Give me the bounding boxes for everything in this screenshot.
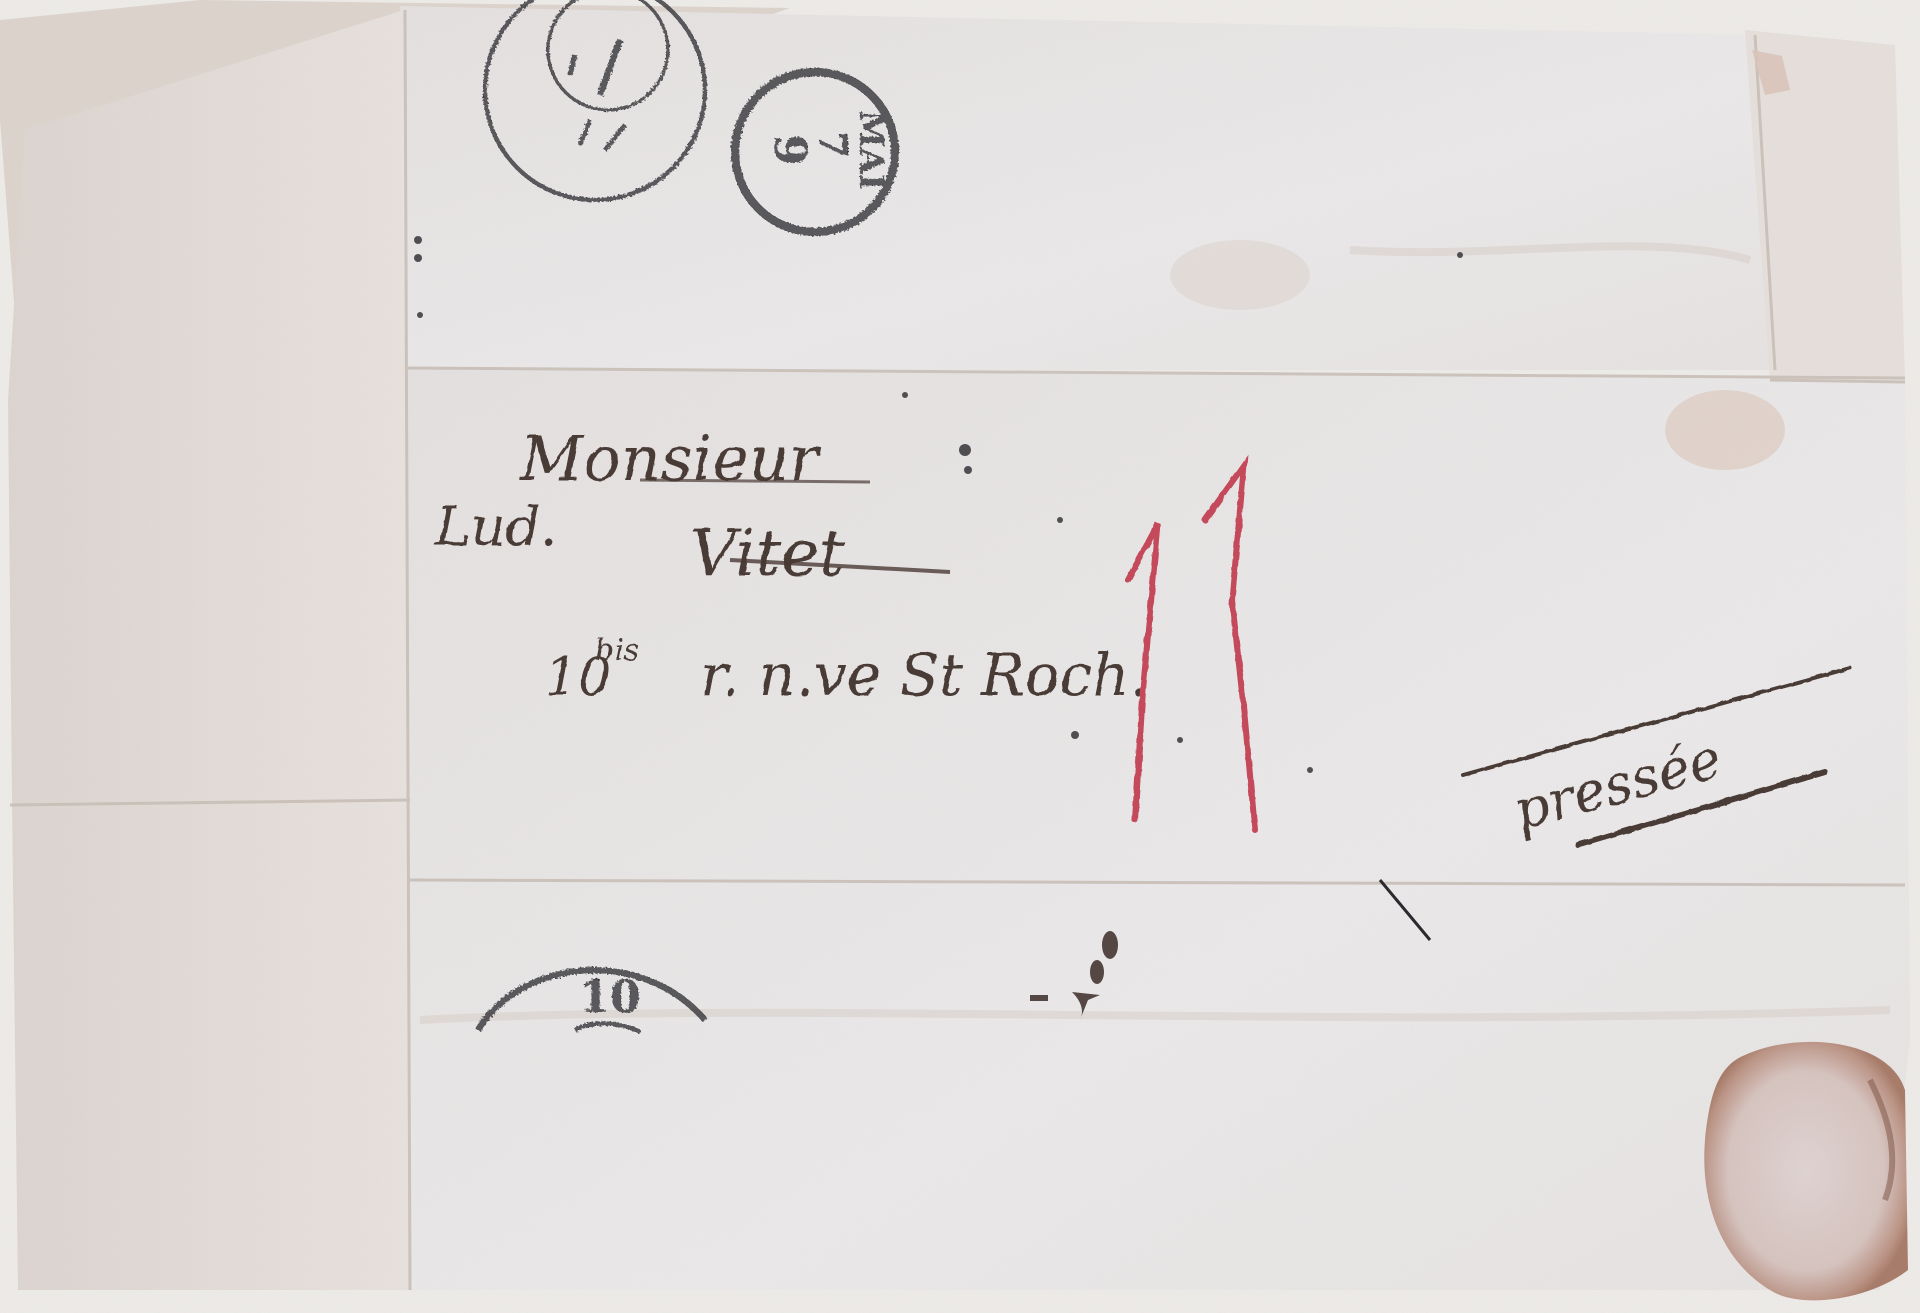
postmark-bottom-text: 10 [579,972,640,1023]
postmark-month: MAI [851,110,891,190]
letter-cover-illustration: MAI 7 9 10 Monsieur Lud. Vitet 10 bis r.… [0,0,1920,1313]
address-name-first: Lud. [434,495,557,558]
address-line1: Monsieur [519,422,822,495]
postmark-year-digit: 9 [764,135,815,166]
address-bis: bis [595,633,639,668]
letter-photo: MAI 7 9 10 Monsieur Lud. Vitet 10 bis r.… [0,0,1920,1313]
address-name-last: Vitet [690,517,845,591]
postmark-day: 7 [811,132,856,158]
address-street: r. n.ve St Roch. [700,641,1148,709]
